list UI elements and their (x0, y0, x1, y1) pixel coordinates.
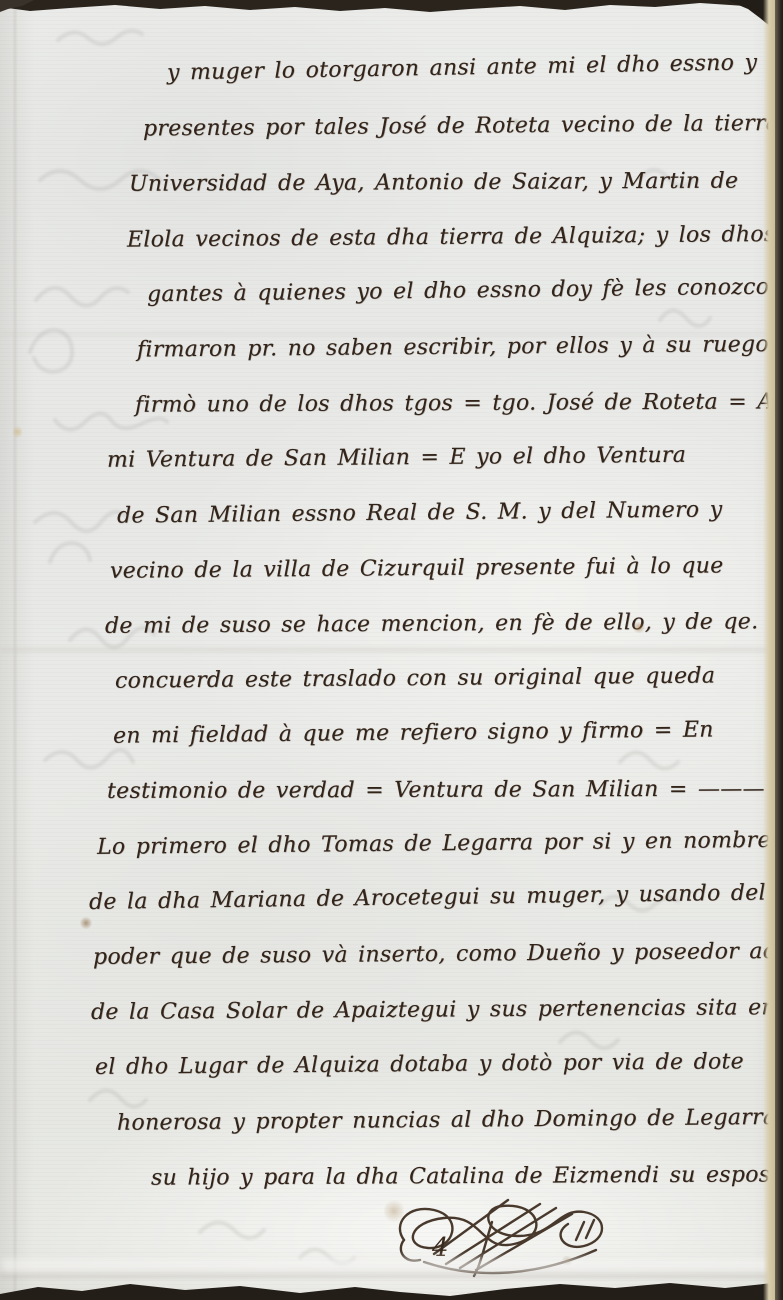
torn-bottom-edge (0, 1274, 783, 1300)
manuscript-line: de mi de suso se hace mencion, en fè de … (85, 594, 775, 654)
manuscript-text: y muger lo otorgaron ansi ante mi el dho… (85, 47, 775, 1206)
manuscript-line: el dho Lugar de Alquiza dotaba y dotò po… (85, 1034, 775, 1095)
manuscript-line: concuerda este traslado con su original … (85, 648, 775, 709)
manuscript-line: Lo primero el dho Tomas de Legarra por s… (85, 812, 776, 874)
manuscript-page: y muger lo otorgaron ansi ante mi el dho… (0, 0, 783, 1300)
manuscript-line: mi Ventura de San Milian = E yo el dho V… (85, 427, 775, 488)
manuscript-line: y muger lo otorgaron ansi ante mi el dho… (85, 35, 776, 102)
manuscript-line: honerosa y propter nuncias al dho Doming… (85, 1090, 775, 1151)
manuscript-line: de San Milian essno Real de S. M. y del … (85, 481, 776, 543)
manuscript-line: Universidad de Aya, Antonio de Saizar, y… (85, 154, 775, 213)
deckle-edge-highlight (0, 1258, 783, 1274)
manuscript-line: gantes à quienes yo el dho essno doy fè … (85, 259, 776, 323)
manuscript-line: de la dha Mariana de Arocetegui su muger… (85, 865, 776, 930)
manuscript-line: presentes por tales José de Roteta vecin… (85, 96, 775, 157)
manuscript-line: Elola vecinos de esta dha tierra de Alqu… (85, 207, 775, 268)
manuscript-line: firmaron pr. no saben escribir, por ello… (85, 317, 775, 378)
right-scan-edge (775, 0, 783, 1300)
manuscript-line: poder que de suso và inserto, como Dueño… (85, 924, 775, 985)
manuscript-line: en mi fieldad à que me refiero signo y f… (85, 702, 776, 764)
manuscript-line: testimonio de verdad = Ventura de San Mi… (85, 762, 775, 820)
torn-top-edge (0, 0, 783, 36)
manuscript-line: firmò uno de los dhos tgos = tgo. José d… (85, 375, 775, 434)
manuscript-line: de la Casa Solar de Apaiztegui y sus per… (85, 980, 775, 1040)
manuscript-line: vecino de la villa de Cizurquil presente… (85, 538, 775, 599)
